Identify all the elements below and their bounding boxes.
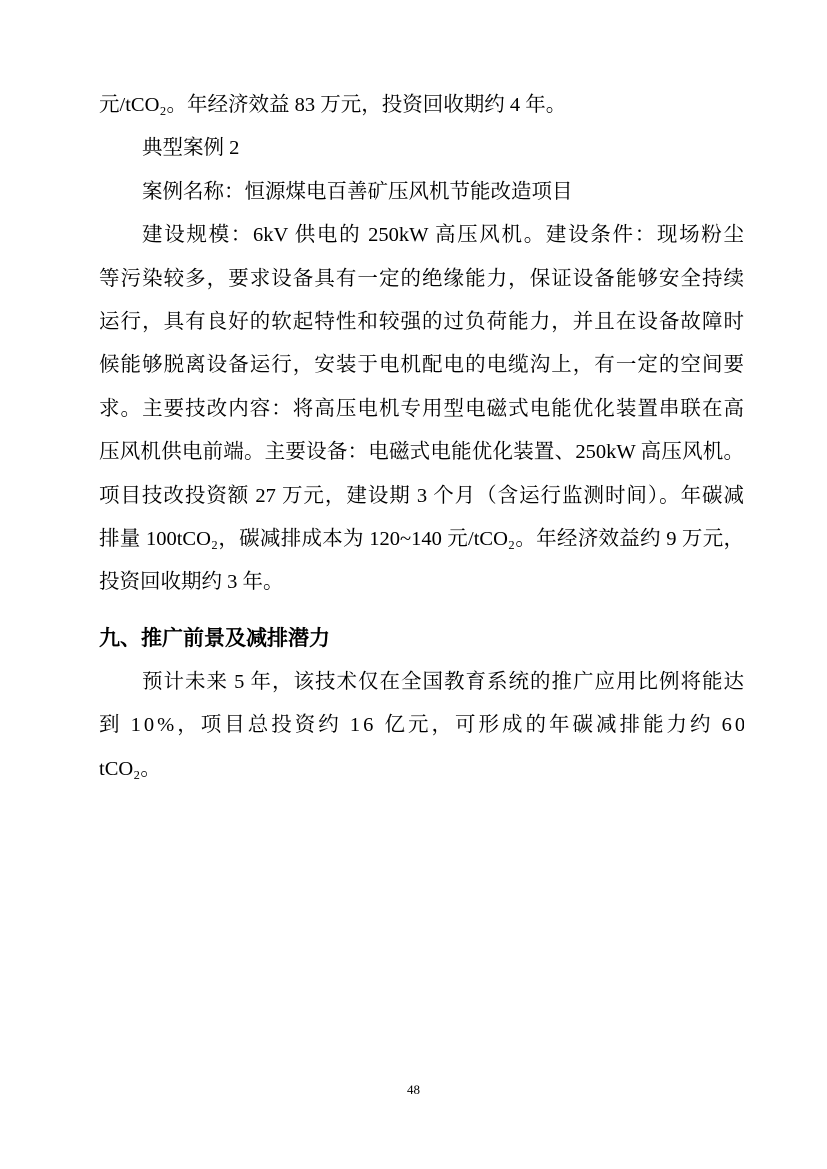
text-line: 排量 100tCO₂，碳减排成本为 120~140 元/tCO₂。年经济效益约 … (99, 518, 744, 561)
text-line: 到 10%，项目总投资约 16 亿元，可形成的年碳减排能力约 60 万 (99, 704, 744, 747)
page-footer: 48 (0, 1082, 827, 1098)
paragraph: 建设规模：6kV 供电的 250kW 高压风机。建设条件：现场粉尘等污染较多，要… (99, 214, 744, 605)
section-heading: 九、推广前景及减排潜力 (99, 617, 744, 660)
paragraph: 元/tCO₂。年经济效益 83 万元，投资回收期约 4 年。 (99, 84, 744, 127)
document-page: 元/tCO₂。年经济效益 83 万元，投资回收期约 4 年。典型案例 2案例名称… (0, 0, 827, 1169)
paragraph: 预计未来 5 年，该技术仅在全国教育系统的推广应用比例将能达到 10%，项目总投… (99, 661, 744, 791)
document-body: 元/tCO₂。年经济效益 83 万元，投资回收期约 4 年。典型案例 2案例名称… (99, 84, 744, 791)
text-line: 候能够脱离设备运行，安装于电机配电的电缆沟上，有一定的空间要 (99, 344, 744, 387)
text-line: 投资回收期约 3 年。 (99, 561, 744, 604)
page-number: 48 (407, 1082, 420, 1097)
text-line: 压风机供电前端。主要设备：电磁式电能优化装置、250kW 高压风机。 (99, 431, 744, 474)
text-line: 求。主要技改内容：将高压电机专用型电磁式电能优化装置串联在高 (99, 388, 744, 431)
text-line: 案例名称：恒源煤电百善矿压风机节能改造项目 (99, 171, 744, 214)
paragraph: 典型案例 2 (99, 127, 744, 170)
text-line: 预计未来 5 年，该技术仅在全国教育系统的推广应用比例将能达 (99, 661, 744, 704)
text-line: tCO₂。 (99, 748, 744, 791)
paragraph: 案例名称：恒源煤电百善矿压风机节能改造项目 (99, 171, 744, 214)
text-line: 等污染较多，要求设备具有一定的绝缘能力，保证设备能够安全持续 (99, 258, 744, 301)
text-line: 建设规模：6kV 供电的 250kW 高压风机。建设条件：现场粉尘 (99, 214, 744, 257)
text-line: 典型案例 2 (99, 127, 744, 170)
text-line: 运行，具有良好的软起特性和较强的过负荷能力，并且在设备故障时 (99, 301, 744, 344)
text-line: 元/tCO₂。年经济效益 83 万元，投资回收期约 4 年。 (99, 84, 744, 127)
text-line: 九、推广前景及减排潜力 (99, 617, 744, 660)
text-line: 项目技改投资额 27 万元，建设期 3 个月（含运行监测时间）。年碳减 (99, 475, 744, 518)
